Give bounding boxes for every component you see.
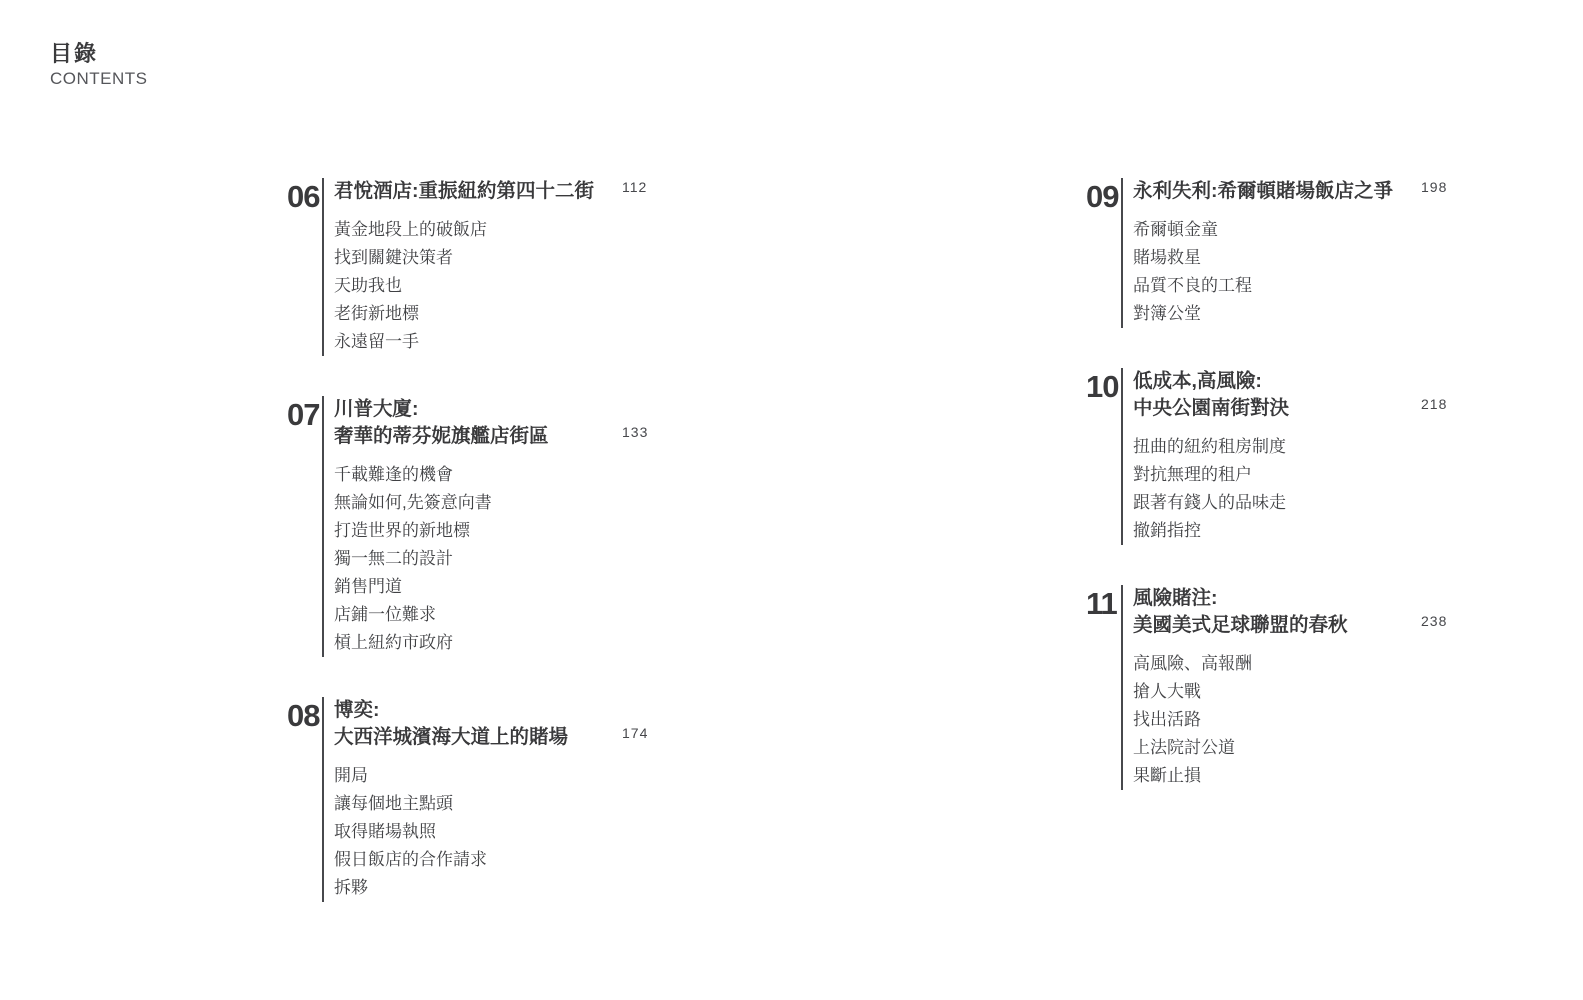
toc-chapter: 11 風險賭注:美國美式足球聯盟的春秋238 高風險、高報酬搶人大戰找出活路上法… bbox=[1086, 585, 1556, 790]
chapter-title: 低成本,高風險:中央公園南街對決218 bbox=[1133, 368, 1556, 422]
toc-chapter: 06 君悅酒店:重振紐約第四十二街112 黃金地段上的破飯店找到關鍵決策者天助我… bbox=[287, 178, 757, 356]
chapter-title: 川普大廈:奢華的蒂芬妮旗艦店街區133 bbox=[334, 396, 757, 450]
chapter-title: 博奕:大西洋城濱海大道上的賭場174 bbox=[334, 697, 757, 751]
chapter-title-line: 川普大廈: bbox=[334, 396, 757, 423]
chapter-number: 07 bbox=[287, 396, 322, 430]
chapter-section-list: 黃金地段上的破飯店找到關鍵決策者天助我也老街新地標永遠留一手 bbox=[334, 216, 757, 356]
chapter-section-list: 扭曲的紐約租房制度對抗無理的租户跟著有錢人的品味走撤銷指控 bbox=[1133, 433, 1556, 545]
toc-section-item: 希爾頓金童 bbox=[1133, 216, 1556, 244]
chapter-title: 君悅酒店:重振紐約第四十二街112 bbox=[334, 178, 757, 205]
toc-section-item: 找到關鍵決策者 bbox=[334, 244, 757, 272]
toc-section-item: 無論如何,先簽意向書 bbox=[334, 489, 757, 517]
toc-section-item: 天助我也 bbox=[334, 272, 757, 300]
toc-section-item: 永遠留一手 bbox=[334, 328, 757, 356]
toc-section-item: 銷售門道 bbox=[334, 573, 757, 601]
chapter-title-line: 風險賭注: bbox=[1133, 585, 1556, 612]
toc-section-item: 槓上紐約市政府 bbox=[334, 629, 757, 657]
toc-section-item: 找出活路 bbox=[1133, 706, 1556, 734]
toc-section-item: 黃金地段上的破飯店 bbox=[334, 216, 757, 244]
page-subtitle: CONTENTS bbox=[50, 70, 148, 89]
chapter-title-line: 低成本,高風險: bbox=[1133, 368, 1556, 395]
chapter-title-line: 博奕: bbox=[334, 697, 757, 724]
chapter-body: 君悅酒店:重振紐約第四十二街112 黃金地段上的破飯店找到關鍵決策者天助我也老街… bbox=[322, 178, 757, 356]
chapter-title: 永利失利:希爾頓賭場飯店之爭198 bbox=[1133, 178, 1556, 205]
chapter-section-list: 希爾頓金童賭場救星品質不良的工程對簿公堂 bbox=[1133, 216, 1556, 328]
page-title: 目錄 bbox=[50, 41, 148, 66]
chapter-section-list: 高風險、高報酬搶人大戰找出活路上法院討公道果斷止損 bbox=[1133, 650, 1556, 790]
toc-section-item: 上法院討公道 bbox=[1133, 734, 1556, 762]
chapter-page-number: 112 bbox=[622, 174, 647, 201]
toc-chapter: 10 低成本,高風險:中央公園南街對決218 扭曲的紐約租房制度對抗無理的租户跟… bbox=[1086, 368, 1556, 545]
toc-chapter: 07 川普大廈:奢華的蒂芬妮旗艦店街區133 千載難逢的機會無論如何,先簽意向書… bbox=[287, 396, 757, 657]
toc-chapter: 09 永利失利:希爾頓賭場飯店之爭198 希爾頓金童賭場救星品質不良的工程對簿公… bbox=[1086, 178, 1556, 328]
toc-section-item: 高風險、高報酬 bbox=[1133, 650, 1556, 678]
chapter-body: 風險賭注:美國美式足球聯盟的春秋238 高風險、高報酬搶人大戰找出活路上法院討公… bbox=[1121, 585, 1556, 790]
toc-section-item: 打造世界的新地標 bbox=[334, 517, 757, 545]
toc-section-item: 老街新地標 bbox=[334, 300, 757, 328]
chapter-body: 川普大廈:奢華的蒂芬妮旗艦店街區133 千載難逢的機會無論如何,先簽意向書打造世… bbox=[322, 396, 757, 657]
toc-column-left: 06 君悅酒店:重振紐約第四十二街112 黃金地段上的破飯店找到關鍵決策者天助我… bbox=[287, 178, 757, 942]
toc-section-item: 賭場救星 bbox=[1133, 244, 1556, 272]
toc-section-item: 果斷止損 bbox=[1133, 762, 1556, 790]
toc-section-item: 店鋪一位難求 bbox=[334, 601, 757, 629]
toc-chapter: 08 博奕:大西洋城濱海大道上的賭場174 開局讓每個地主點頭取得賭場執照假日飯… bbox=[287, 697, 757, 902]
chapter-page-number: 133 bbox=[622, 419, 648, 446]
toc-section-item: 拆夥 bbox=[334, 874, 757, 902]
toc-section-item: 取得賭場執照 bbox=[334, 818, 757, 846]
toc-column-right: 09 永利失利:希爾頓賭場飯店之爭198 希爾頓金童賭場救星品質不良的工程對簿公… bbox=[1086, 178, 1556, 830]
toc-section-item: 對抗無理的租户 bbox=[1133, 461, 1556, 489]
toc-section-item: 扭曲的紐約租房制度 bbox=[1133, 433, 1556, 461]
toc-page: 目錄 CONTENTS 06 君悅酒店:重振紐約第四十二街112 黃金地段上的破… bbox=[0, 0, 1583, 1000]
chapter-body: 博奕:大西洋城濱海大道上的賭場174 開局讓每個地主點頭取得賭場執照假日飯店的合… bbox=[322, 697, 757, 902]
chapter-title-line: 奢華的蒂芬妮旗艦店街區 bbox=[334, 423, 757, 450]
chapter-page-number: 198 bbox=[1421, 174, 1447, 201]
chapter-number: 08 bbox=[287, 697, 322, 731]
toc-section-item: 開局 bbox=[334, 762, 757, 790]
toc-section-item: 品質不良的工程 bbox=[1133, 272, 1556, 300]
chapter-title-line: 永利失利:希爾頓賭場飯店之爭 bbox=[1133, 178, 1556, 205]
toc-section-item: 搶人大戰 bbox=[1133, 678, 1556, 706]
chapter-number: 06 bbox=[287, 178, 322, 212]
chapter-page-number: 218 bbox=[1421, 391, 1447, 418]
toc-section-item: 跟著有錢人的品味走 bbox=[1133, 489, 1556, 517]
toc-section-item: 千載難逢的機會 bbox=[334, 461, 757, 489]
toc-section-item: 獨一無二的設計 bbox=[334, 545, 757, 573]
chapter-number: 11 bbox=[1086, 585, 1121, 619]
chapter-body: 低成本,高風險:中央公園南街對決218 扭曲的紐約租房制度對抗無理的租户跟著有錢… bbox=[1121, 368, 1556, 545]
chapter-title-line: 大西洋城濱海大道上的賭場 bbox=[334, 724, 757, 751]
toc-section-item: 假日飯店的合作請求 bbox=[334, 846, 757, 874]
chapter-number: 09 bbox=[1086, 178, 1121, 212]
chapter-number: 10 bbox=[1086, 368, 1121, 402]
toc-section-item: 撤銷指控 bbox=[1133, 517, 1556, 545]
chapter-title: 風險賭注:美國美式足球聯盟的春秋238 bbox=[1133, 585, 1556, 639]
page-header: 目錄 CONTENTS bbox=[50, 41, 148, 89]
chapter-title-line: 中央公園南街對決 bbox=[1133, 395, 1556, 422]
chapter-section-list: 千載難逢的機會無論如何,先簽意向書打造世界的新地標獨一無二的設計銷售門道店鋪一位… bbox=[334, 461, 757, 657]
chapter-section-list: 開局讓每個地主點頭取得賭場執照假日飯店的合作請求拆夥 bbox=[334, 762, 757, 902]
toc-section-item: 對簿公堂 bbox=[1133, 300, 1556, 328]
toc-section-item: 讓每個地主點頭 bbox=[334, 790, 757, 818]
chapter-body: 永利失利:希爾頓賭場飯店之爭198 希爾頓金童賭場救星品質不良的工程對簿公堂 bbox=[1121, 178, 1556, 328]
chapter-page-number: 238 bbox=[1421, 608, 1447, 635]
chapter-title-line: 美國美式足球聯盟的春秋 bbox=[1133, 612, 1556, 639]
chapter-title-line: 君悅酒店:重振紐約第四十二街 bbox=[334, 178, 757, 205]
chapter-page-number: 174 bbox=[622, 720, 648, 747]
